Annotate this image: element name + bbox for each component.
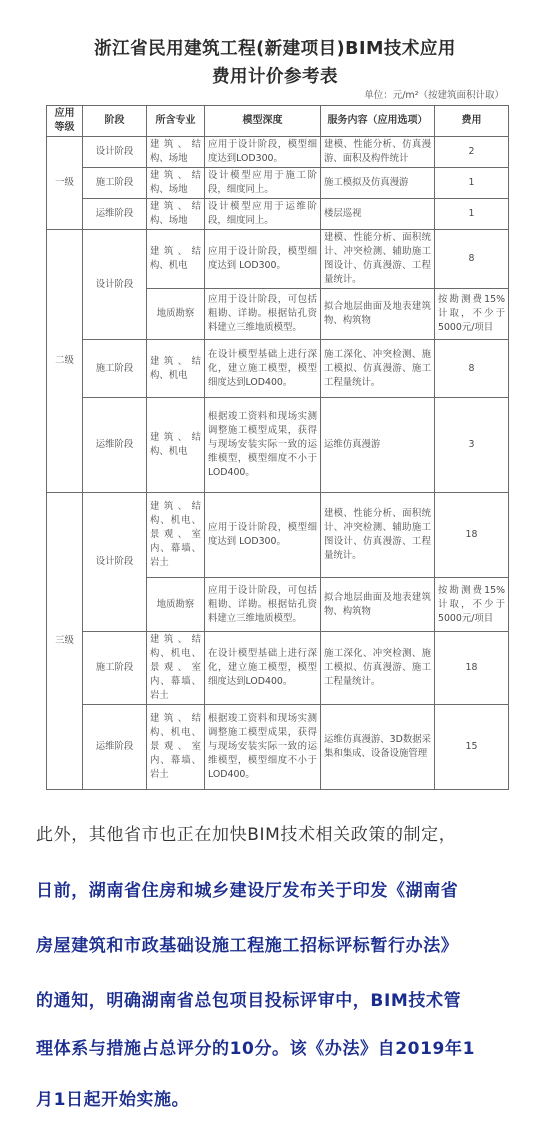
table-row: 运维阶段 建筑、结构、机电、景观、室内、幕墙、岩土 根据竣工资料和现场实测调整施… <box>47 705 509 790</box>
service-cell: 楼层巡视 <box>321 199 435 230</box>
table-row: 施工阶段 建筑、结构、场地 设计模型应用于施工阶段，细度同上。 施工模拟及仿真漫… <box>47 168 509 199</box>
header-stage: 阶段 <box>83 106 147 137</box>
depth-cell: 在设计模型基础上进行深化，建立施工模型，模型细度达到LOD400。 <box>205 632 321 705</box>
table-header-row: 应用等级 阶段 所含专业 模型深度 服务内容（应用选项） 费用 <box>47 106 509 137</box>
fee-cell: 15 <box>435 705 509 790</box>
body-text-line-5: 理体系与措施占总评分的10分。该《办法》自2019年1 <box>36 1034 516 1059</box>
table-title-line1: 浙江省民用建筑工程(新建项目)BIM技术应用 <box>0 35 550 60</box>
depth-cell: 应用于设计阶段，模型细度达到 LOD300。 <box>205 493 321 578</box>
depth-cell: 应用于设计阶段，可包括粗勘、详勘。根据钻孔资料建立三维地质模型。 <box>205 289 321 340</box>
disciplines-cell: 地质勘察 <box>147 578 205 632</box>
depth-cell: 设计模型应用于运维阶段，细度同上。 <box>205 199 321 230</box>
table-row: 运维阶段 建筑、结构、场地 设计模型应用于运维阶段，细度同上。 楼层巡视 1 <box>47 199 509 230</box>
table-row: 运维阶段 建筑、结构、机电 根据竣工资料和现场实测调整施工模型成果，获得与现场安… <box>47 398 509 493</box>
level-cell: 二级 <box>47 230 83 493</box>
fee-cell: 1 <box>435 199 509 230</box>
fee-cell: 按勘测费15%计取，不少于5000元/项目 <box>435 578 509 632</box>
fee-reference-table: 应用等级 阶段 所含专业 模型深度 服务内容（应用选项） 费用 一级 设计阶段 … <box>46 105 509 790</box>
depth-cell: 应用于设计阶段，可包括粗勘、详勘。根据钻孔资料建立三维地质模型。 <box>205 578 321 632</box>
header-service: 服务内容（应用选项） <box>321 106 435 137</box>
body-text-line-3: 房屋建筑和市政基础设施工程施工招标评标暂行办法》 <box>36 931 516 956</box>
stage-cell: 设计阶段 <box>83 493 147 632</box>
table-row: 二级 设计阶段 建筑、结构、机电 应用于设计阶段，模型细度达到 LOD300。 … <box>47 230 509 289</box>
service-cell: 施工深化、冲突检测、施工模拟、仿真漫游、施工工程量统计。 <box>321 340 435 398</box>
header-level: 应用等级 <box>47 106 83 137</box>
service-cell: 施工深化、冲突检测、施工模拟、仿真漫游、施工工程量统计。 <box>321 632 435 705</box>
depth-cell: 根据竣工资料和现场实测调整施工模型成果，获得与现场安装实际一致的运维模型，模型细… <box>205 398 321 493</box>
table-row: 施工阶段 建筑、结构、机电、景观、室内、幕墙、岩土 在设计模型基础上进行深化，建… <box>47 632 509 705</box>
header-disciplines: 所含专业 <box>147 106 205 137</box>
stage-cell: 施工阶段 <box>83 632 147 705</box>
body-text-line-2: 日前，湖南省住房和城乡建设厅发布关于印发《湖南省 <box>36 876 516 901</box>
fee-cell: 按勘测费15%计取，不少于5000元/项目 <box>435 289 509 340</box>
fee-cell: 18 <box>435 493 509 578</box>
table-row: 三级 设计阶段 建筑、结构、机电、景观、室内、幕墙、岩土 应用于设计阶段，模型细… <box>47 493 509 578</box>
body-text-line-1: 此外，其他省市也正在加快BIM技术相关政策的制定， <box>36 820 516 845</box>
table-row: 一级 设计阶段 建筑、结构、场地 应用于设计阶段，模型细度达到LOD300。 建… <box>47 137 509 168</box>
service-cell: 建模、性能分析、仿真漫游、面积及构件统计 <box>321 137 435 168</box>
fee-cell: 8 <box>435 230 509 289</box>
service-cell: 运维仿真漫游 <box>321 398 435 493</box>
table-title-line2: 费用计价参考表 <box>0 63 550 88</box>
body-text-line-4: 的通知，明确湖南省总包项目投标评审中，BIM技术管 <box>36 986 516 1011</box>
header-model-depth: 模型深度 <box>205 106 321 137</box>
fee-cell: 18 <box>435 632 509 705</box>
fee-cell: 3 <box>435 398 509 493</box>
service-cell: 施工模拟及仿真漫游 <box>321 168 435 199</box>
stage-cell: 设计阶段 <box>83 137 147 168</box>
stage-cell: 运维阶段 <box>83 199 147 230</box>
depth-cell: 应用于设计阶段，模型细度达到LOD300。 <box>205 137 321 168</box>
disciplines-cell: 建筑、结构、场地 <box>147 168 205 199</box>
stage-cell: 施工阶段 <box>83 340 147 398</box>
level-cell: 一级 <box>47 137 83 230</box>
disciplines-cell: 建筑、结构、机电、景观、室内、幕墙、岩土 <box>147 632 205 705</box>
table-row: 施工阶段 建筑、结构、机电 在设计模型基础上进行深化，建立施工模型，模型细度达到… <box>47 340 509 398</box>
disciplines-cell: 建筑、结构、场地 <box>147 199 205 230</box>
unit-note: 单位：元/m²（按建筑面积计取） <box>364 87 504 101</box>
depth-cell: 根据竣工资料和现场实测调整施工模型成果，获得与现场安装实际一致的运维模型，模型细… <box>205 705 321 790</box>
stage-cell: 施工阶段 <box>83 168 147 199</box>
fee-cell: 1 <box>435 168 509 199</box>
disciplines-cell: 建筑、结构、场地 <box>147 137 205 168</box>
depth-cell: 设计模型应用于施工阶段，细度同上。 <box>205 168 321 199</box>
service-cell: 拟合地层曲面及地表建筑物、构筑物 <box>321 289 435 340</box>
level-cell: 三级 <box>47 493 83 790</box>
stage-cell: 设计阶段 <box>83 230 147 340</box>
fee-cell: 2 <box>435 137 509 168</box>
depth-cell: 应用于设计阶段，模型细度达到 LOD300。 <box>205 230 321 289</box>
service-cell: 运维仿真漫游、3D数据采集和集成、设备设施管理 <box>321 705 435 790</box>
header-fee: 费用 <box>435 106 509 137</box>
body-text-line-6: 月1日起开始实施。 <box>36 1085 516 1110</box>
disciplines-cell: 建筑、结构、机电、景观、室内、幕墙、岩土 <box>147 493 205 578</box>
stage-cell: 运维阶段 <box>83 705 147 790</box>
service-cell: 拟合地层曲面及地表建筑物、构筑物 <box>321 578 435 632</box>
depth-cell: 在设计模型基础上进行深化，建立施工模型，模型细度达到LOD400。 <box>205 340 321 398</box>
service-cell: 建模、性能分析、面积统计、冲突检测、辅助施工图设计、仿真漫游、工程量统计。 <box>321 493 435 578</box>
disciplines-cell: 建筑、结构、机电 <box>147 230 205 289</box>
disciplines-cell: 建筑、结构、机电 <box>147 398 205 493</box>
disciplines-cell: 建筑、结构、机电、景观、室内、幕墙、岩土 <box>147 705 205 790</box>
stage-cell: 运维阶段 <box>83 398 147 493</box>
service-cell: 建模、性能分析、面积统计、冲突检测、辅助施工图设计、仿真漫游、工程量统计。 <box>321 230 435 289</box>
disciplines-cell: 地质勘察 <box>147 289 205 340</box>
fee-cell: 8 <box>435 340 509 398</box>
disciplines-cell: 建筑、结构、机电 <box>147 340 205 398</box>
